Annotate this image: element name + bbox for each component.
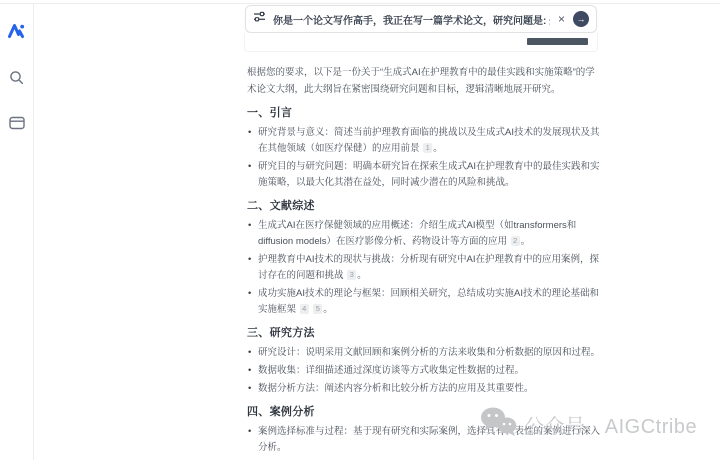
app-logo-icon[interactable] [7,22,26,44]
citation-badge[interactable]: 5 [313,304,322,314]
section-4-list: 案例选择标准与过程：基于现有研究和实际案例，选择具有代表性的案例进行深入分析。 [247,424,601,456]
collapsed-panel-bar [527,38,588,45]
bullet-tail: 。 [433,143,443,154]
send-button[interactable]: → [573,11,589,27]
bullet-tail: 。 [357,270,367,281]
bullet-text: 研究目的与研究问题：明确本研究旨在探索生成式AI在护理教育中的最佳实践和实施策略… [258,161,599,188]
left-sidebar [0,4,34,460]
close-icon[interactable]: × [557,13,566,25]
section-heading-1: 一、引言 [247,105,601,121]
citation-badge[interactable]: 1 [423,143,432,153]
folder-card-icon[interactable] [9,116,25,135]
outline-bullet: 数据收集：详细描述通过深度访谈等方式收集定性数据的过程。 [247,363,601,379]
sliders-icon [253,10,266,28]
bullet-text: 案例选择标准与过程：基于现有研究和实际案例，选择具有代表性的案例进行深入分析。 [258,426,600,453]
bullet-text: 数据收集：详细描述通过深度访谈等方式收集定性数据的过程。 [258,365,524,376]
outline-bullet: 护理教育中AI技术的现状与挑战：分析现有研究中AI在护理教育中的应用案例，探讨存… [247,252,601,284]
section-heading-4: 四、案例分析 [247,404,601,420]
section-heading-3: 三、研究方法 [247,325,601,341]
citation-badge[interactable]: 2 [511,236,520,246]
search-icon[interactable] [9,70,24,90]
citation-badge[interactable]: 4 [300,304,309,314]
section-heading-2: 二、文献综述 [247,198,601,214]
top-divider [0,3,720,4]
prompt-text[interactable]: 你是一个论文写作高手，我正在写一篇学术论文，研究问题是: 生成式AI在 [273,12,550,27]
outline-bullet: 研究背景与意义：简述当前护理教育面临的挑战以及生成式AI技术的发展现状及其在其他… [247,125,601,157]
section-2-list: 生成式AI在医疗保健领域的应用概述：介绍生成式AI模型（如transformer… [247,218,601,318]
bullet-tail: 。 [323,304,333,315]
bullet-text: 数据分析方法：阐述内容分析和比较分析方法的应用及其重要性。 [258,383,534,394]
assistant-response: 根据您的要求，以下是一份关于“生成式AI在护理教育中的最佳实践和实施策略”的学术… [247,64,601,458]
section-1-list: 研究背景与意义：简述当前护理教育面临的挑战以及生成式AI技术的发展现状及其在其他… [247,125,601,191]
arrow-right-icon: → [577,14,586,24]
bullet-tail: 。 [521,236,531,247]
bullet-text: 研究设计：说明采用文献回顾和案例分析的方法来收集和分析数据的原因和过程。 [258,347,600,358]
section-3-list: 研究设计：说明采用文献回顾和案例分析的方法来收集和分析数据的原因和过程。 数据收… [247,345,601,397]
outline-bullet: 研究设计：说明采用文献回顾和案例分析的方法来收集和分析数据的原因和过程。 [247,345,601,361]
bullet-text: 成功实施AI技术的理论与框架：回顾相关研究，总结成功实施AI技术的理论基础和实施… [258,288,599,315]
response-intro: 根据您的要求，以下是一份关于“生成式AI在护理教育中的最佳实践和实施策略”的学术… [247,64,601,98]
outline-bullet: 数据分析方法：阐述内容分析和比较分析方法的应用及其重要性。 [247,381,601,397]
outline-bullet: 生成式AI在医疗保健领域的应用概述：介绍生成式AI模型（如transformer… [247,218,601,250]
outline-bullet: 成功实施AI技术的理论与框架：回顾相关研究，总结成功实施AI技术的理论基础和实施… [247,286,601,318]
bullet-text: 护理教育中AI技术的现状与挑战：分析现有研究中AI在护理教育中的应用案例，探讨存… [258,254,599,281]
outline-bullet: 案例选择标准与过程：基于现有研究和实际案例，选择具有代表性的案例进行深入分析。 [247,424,601,456]
collapsed-panel [244,33,598,52]
prompt-input-bar[interactable]: 你是一个论文写作高手，我正在写一篇学术论文，研究问题是: 生成式AI在 × → [245,5,597,33]
citation-badge[interactable]: 3 [347,270,356,280]
outline-bullet: 研究目的与研究问题：明确本研究旨在探索生成式AI在护理教育中的最佳实践和实施策略… [247,159,601,191]
